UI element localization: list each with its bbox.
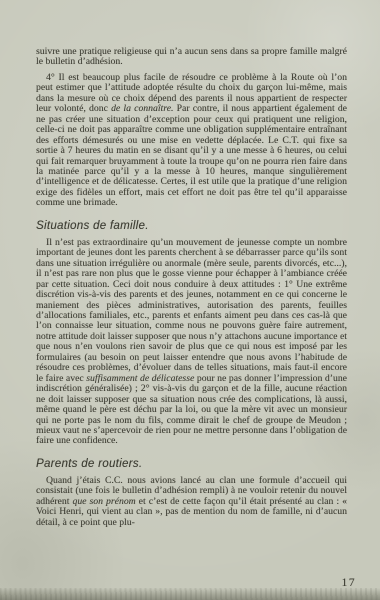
paragraph-continued-from-previous-page: suivre une pratique religieuse qui n’a a… xyxy=(36,47,347,68)
section-heading-situations-de-famille: Situations de famille. xyxy=(36,220,347,233)
section-heading-parents-de-routiers: Parents de routiers. xyxy=(36,458,347,471)
paragraph-point-4: 4° Il est beaucoup plus facile de résoud… xyxy=(36,73,347,209)
text-column: suivre une pratique religieuse qui n’a a… xyxy=(36,47,347,528)
paragraph-parents-de-routiers: Quand j’étais C.C. nous avions lancé au … xyxy=(36,476,347,528)
text-segment: de la connaître. xyxy=(111,103,173,114)
scan-bottom-edge-shadow xyxy=(0,588,380,600)
text-segment: Il n’est pas extraordinaire qu’un mouvem… xyxy=(36,237,347,384)
paragraph-situations-de-famille: Il n’est pas extraordinaire qu’un mouvem… xyxy=(36,238,347,447)
text-segment: Par contre, il nous appartient également… xyxy=(36,103,347,208)
text-segment: suivre une pratique religieuse qui n’a a… xyxy=(36,46,347,67)
scanned-page: suivre une pratique religieuse qui n’a a… xyxy=(0,0,380,600)
text-segment: pour ne pas donner l’impression d’une in… xyxy=(36,373,347,447)
